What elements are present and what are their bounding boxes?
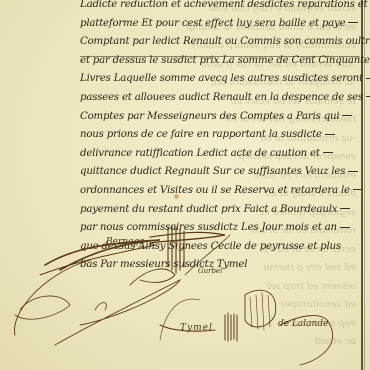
- text-line: Ladicte reduction et achevement desdicte…: [80, 0, 358, 15]
- text-line: ordonnances et Visites ou il se Reserva …: [80, 182, 358, 201]
- paper-stain: [174, 194, 179, 199]
- text-line: platteforme Et pour cest effect luy sera…: [80, 15, 358, 34]
- text-line: passees et allouees audict Renault en la…: [80, 89, 358, 108]
- text-line: et par dessus le susdict prix La somme d…: [80, 52, 358, 71]
- signature-tymel: Tymel: [180, 323, 213, 333]
- text-line: Comptes par Messeigneurs des Comptes a P…: [80, 108, 358, 127]
- text-line: Comptant par ledict Renault ou Commis so…: [80, 33, 358, 52]
- signature-lalande: de Lalande: [278, 319, 328, 329]
- text-line: Livres Laquelle somme avecq les autres s…: [80, 70, 358, 89]
- signature-block: Bernage Gurbel Tymel de Lalande: [0, 215, 370, 370]
- text-line: nous prions de ce faire en rapportant la…: [80, 126, 358, 145]
- signature-gurbel: Gurbel: [198, 267, 222, 275]
- underline-rule: [80, 56, 360, 57]
- text-line: quittance dudict Regnault Sur ce suffisa…: [80, 163, 358, 182]
- signature-bernage: Bernage: [106, 237, 145, 247]
- text-line: delivrance ratiffication Ledict acte de …: [80, 145, 358, 164]
- manuscript-page: ecnad eelfrauo e ruoJ tiod enu ed oreut …: [0, 0, 370, 370]
- signature-flourishes: [0, 215, 370, 370]
